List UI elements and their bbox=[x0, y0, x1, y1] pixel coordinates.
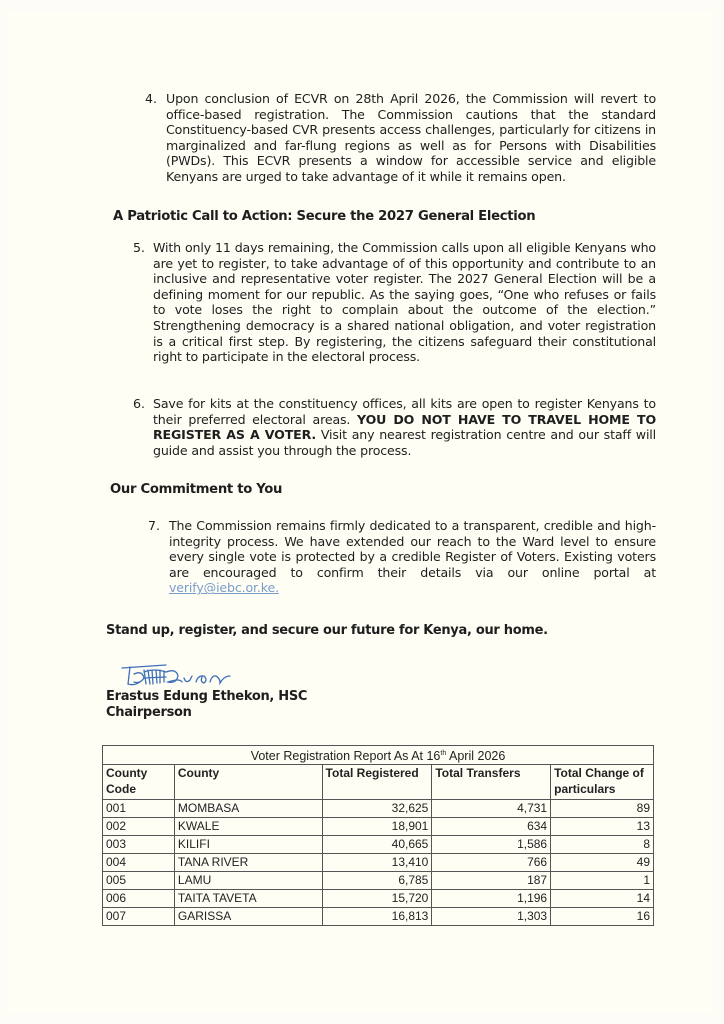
item-number-7: 7. bbox=[148, 518, 160, 534]
table-cell: 32,625 bbox=[322, 800, 432, 818]
table-cell: 8 bbox=[551, 836, 654, 854]
table-cell: 49 bbox=[551, 854, 654, 872]
table-cell: 006 bbox=[103, 890, 175, 908]
table-row: 006TAITA TAVETA15,7201,19614 bbox=[103, 890, 654, 908]
heading-call-to-action: A Patriotic Call to Action: Secure the 2… bbox=[113, 209, 535, 224]
column-header: Total Change of particulars bbox=[551, 765, 654, 800]
item-number-6: 6. bbox=[133, 396, 145, 412]
table-cell: GARISSA bbox=[174, 908, 322, 926]
table-row: 002KWALE18,90163413 bbox=[103, 818, 654, 836]
table-cell: 14 bbox=[551, 890, 654, 908]
table-cell: 13,410 bbox=[322, 854, 432, 872]
table-body: 001MOMBASA32,6254,73189002KWALE18,901634… bbox=[103, 800, 654, 926]
table-cell: 007 bbox=[103, 908, 175, 926]
signatory-name: Erastus Edung Ethekon, HSC bbox=[106, 689, 307, 705]
verify-portal-link[interactable]: verify@iebc.or.ke. bbox=[169, 580, 279, 595]
table-cell: 16 bbox=[551, 908, 654, 926]
table-cell: 6,785 bbox=[322, 872, 432, 890]
table-row: 005LAMU6,7851871 bbox=[103, 872, 654, 890]
table-cell: 187 bbox=[432, 872, 551, 890]
table-header-row: County CodeCountyTotal RegisteredTotal T… bbox=[103, 765, 654, 800]
table-row: 001MOMBASA32,6254,73189 bbox=[103, 800, 654, 818]
table-cell: 15,720 bbox=[322, 890, 432, 908]
table-cell: 634 bbox=[432, 818, 551, 836]
item-number-5: 5. bbox=[133, 240, 145, 256]
table-cell: 766 bbox=[432, 854, 551, 872]
table-cell: LAMU bbox=[174, 872, 322, 890]
signatory-block: Erastus Edung Ethekon, HSC Chairperson bbox=[106, 689, 307, 721]
table-row: 003KILIFI40,6651,5868 bbox=[103, 836, 654, 854]
table-cell: TAITA TAVETA bbox=[174, 890, 322, 908]
table-cell: 004 bbox=[103, 854, 175, 872]
column-header: County bbox=[174, 765, 322, 800]
closing-statement: Stand up, register, and secure our futur… bbox=[106, 623, 548, 638]
table-cell: MOMBASA bbox=[174, 800, 322, 818]
table-title: Voter Registration Report As At 16th Apr… bbox=[103, 746, 654, 765]
paragraph-7-text: The Commission remains firmly dedicated … bbox=[169, 518, 656, 580]
table-row: 007GARISSA16,8131,30316 bbox=[103, 908, 654, 926]
table-cell: 002 bbox=[103, 818, 175, 836]
table-cell: 1,303 bbox=[432, 908, 551, 926]
table-cell: TANA RIVER bbox=[174, 854, 322, 872]
paragraph-6: Save for kits at the constituency office… bbox=[153, 396, 656, 458]
paragraph-7: The Commission remains firmly dedicated … bbox=[169, 518, 656, 596]
table-cell: 40,665 bbox=[322, 836, 432, 854]
table-cell: 13 bbox=[551, 818, 654, 836]
table-cell: KILIFI bbox=[174, 836, 322, 854]
signatory-title: Chairperson bbox=[106, 705, 307, 721]
table-cell: 001 bbox=[103, 800, 175, 818]
signature-image bbox=[120, 662, 260, 692]
table-cell: 005 bbox=[103, 872, 175, 890]
paragraph-4: Upon conclusion of ECVR on 28th April 20… bbox=[166, 91, 656, 185]
table-cell: 003 bbox=[103, 836, 175, 854]
heading-commitment: Our Commitment to You bbox=[110, 482, 282, 497]
voter-registration-table: Voter Registration Report As At 16th Apr… bbox=[102, 745, 654, 926]
table-cell: 89 bbox=[551, 800, 654, 818]
table-title-row: Voter Registration Report As At 16th Apr… bbox=[103, 746, 654, 765]
table-row: 004TANA RIVER13,41076649 bbox=[103, 854, 654, 872]
paragraph-5: With only 11 days remaining, the Commiss… bbox=[153, 240, 656, 365]
table-cell: KWALE bbox=[174, 818, 322, 836]
table-cell: 1,196 bbox=[432, 890, 551, 908]
item-number-4: 4. bbox=[145, 91, 157, 107]
table-cell: 18,901 bbox=[322, 818, 432, 836]
column-header: County Code bbox=[103, 765, 175, 800]
table-cell: 16,813 bbox=[322, 908, 432, 926]
table-cell: 1 bbox=[551, 872, 654, 890]
column-header: Total Transfers bbox=[432, 765, 551, 800]
table-cell: 1,586 bbox=[432, 836, 551, 854]
table-cell: 4,731 bbox=[432, 800, 551, 818]
column-header: Total Registered bbox=[322, 765, 432, 800]
